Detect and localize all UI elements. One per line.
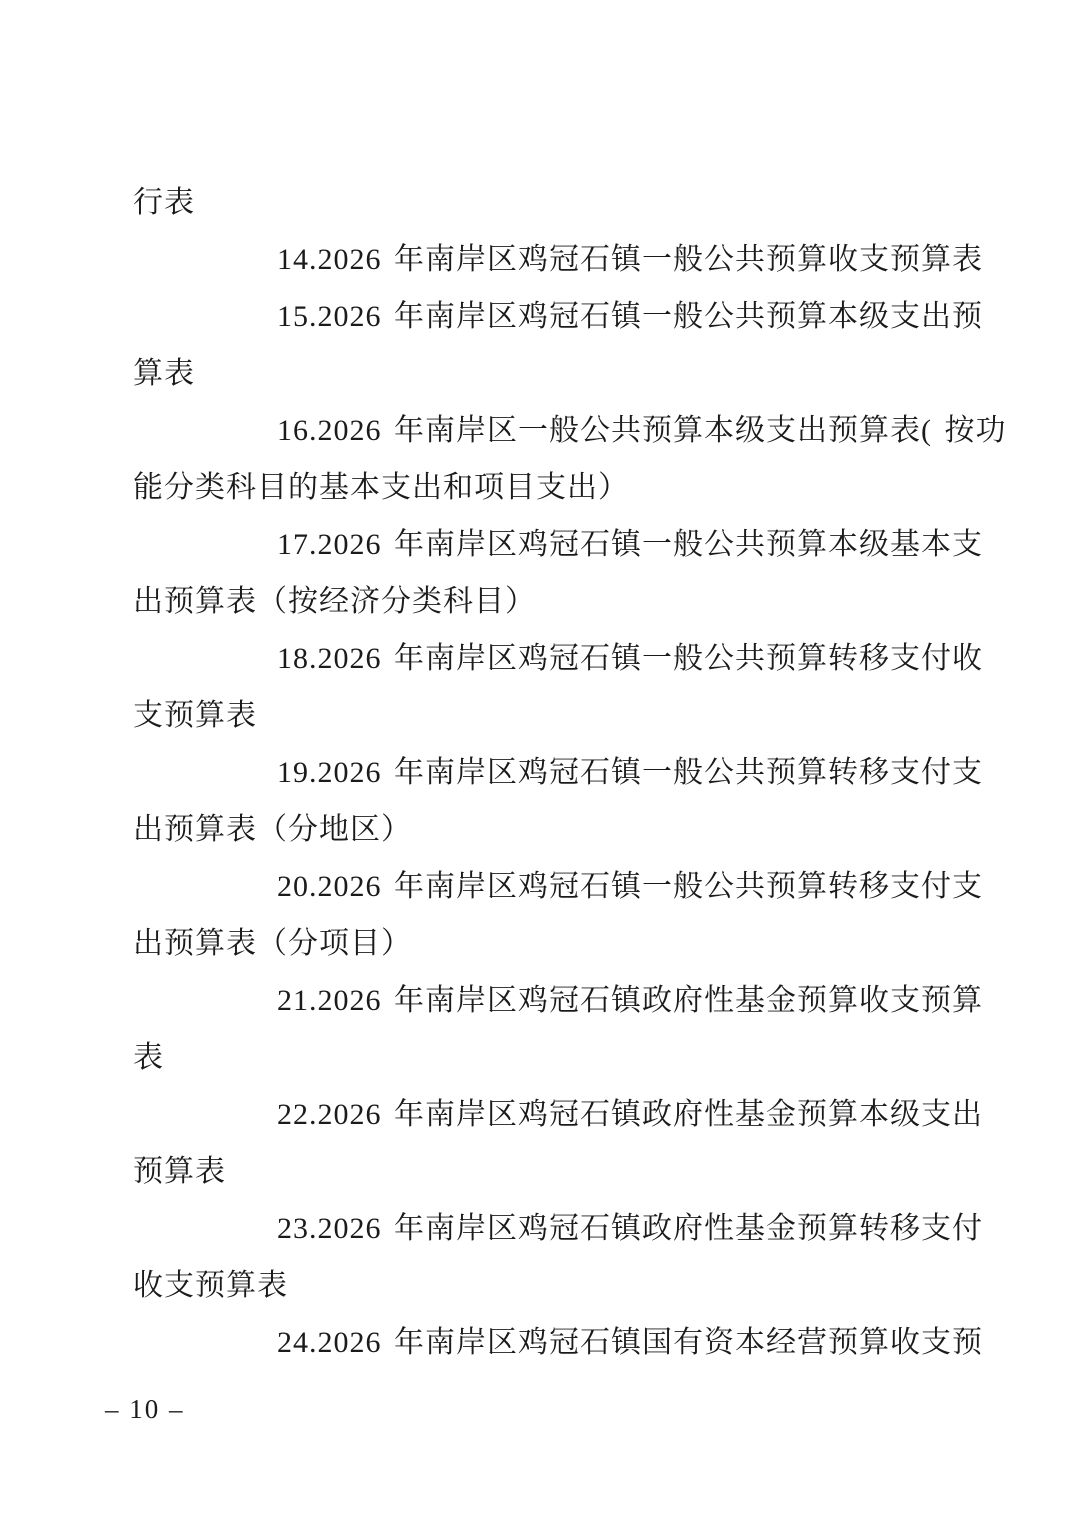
doc-line: 22.2026 年南岸区鸡冠石镇政府性基金预算本级支出 [133,1086,945,1143]
doc-line: 19.2026 年南岸区鸡冠石镇一般公共预算转移支付支 [133,744,945,801]
doc-line: 支预算表 [133,687,945,744]
doc-line: 20.2026 年南岸区鸡冠石镇一般公共预算转移支付支 [133,858,945,915]
doc-line: 能分类科目的基本支出和项目支出） [133,459,945,516]
doc-line: 23.2026 年南岸区鸡冠石镇政府性基金预算转移支付 [133,1200,945,1257]
doc-line: 15.2026 年南岸区鸡冠石镇一般公共预算本级支出预 [133,288,945,345]
doc-line: 表 [133,1029,945,1086]
doc-line: 16.2026 年南岸区一般公共预算本级支出预算表( 按功 [133,402,945,459]
doc-line: 行表 [133,174,945,231]
page-number: – 10 – [105,1392,185,1426]
doc-line: 收支预算表 [133,1257,945,1314]
doc-line: 18.2026 年南岸区鸡冠石镇一般公共预算转移支付收 [133,630,945,687]
doc-line: 出预算表（按经济分类科目） [133,573,945,630]
document-page: 行表 14.2026 年南岸区鸡冠石镇一般公共预算收支预算表 15.2026 年… [0,0,1074,1520]
doc-line: 出预算表（分地区） [133,801,945,858]
budget-tables-list: 行表 14.2026 年南岸区鸡冠石镇一般公共预算收支预算表 15.2026 年… [133,174,945,1371]
doc-line: 14.2026 年南岸区鸡冠石镇一般公共预算收支预算表 [133,231,945,288]
doc-line: 21.2026 年南岸区鸡冠石镇政府性基金预算收支预算 [133,972,945,1029]
doc-line: 预算表 [133,1143,945,1200]
doc-line: 出预算表（分项目） [133,915,945,972]
doc-line: 17.2026 年南岸区鸡冠石镇一般公共预算本级基本支 [133,516,945,573]
doc-line: 24.2026 年南岸区鸡冠石镇国有资本经营预算收支预 [133,1314,945,1371]
doc-line: 算表 [133,345,945,402]
